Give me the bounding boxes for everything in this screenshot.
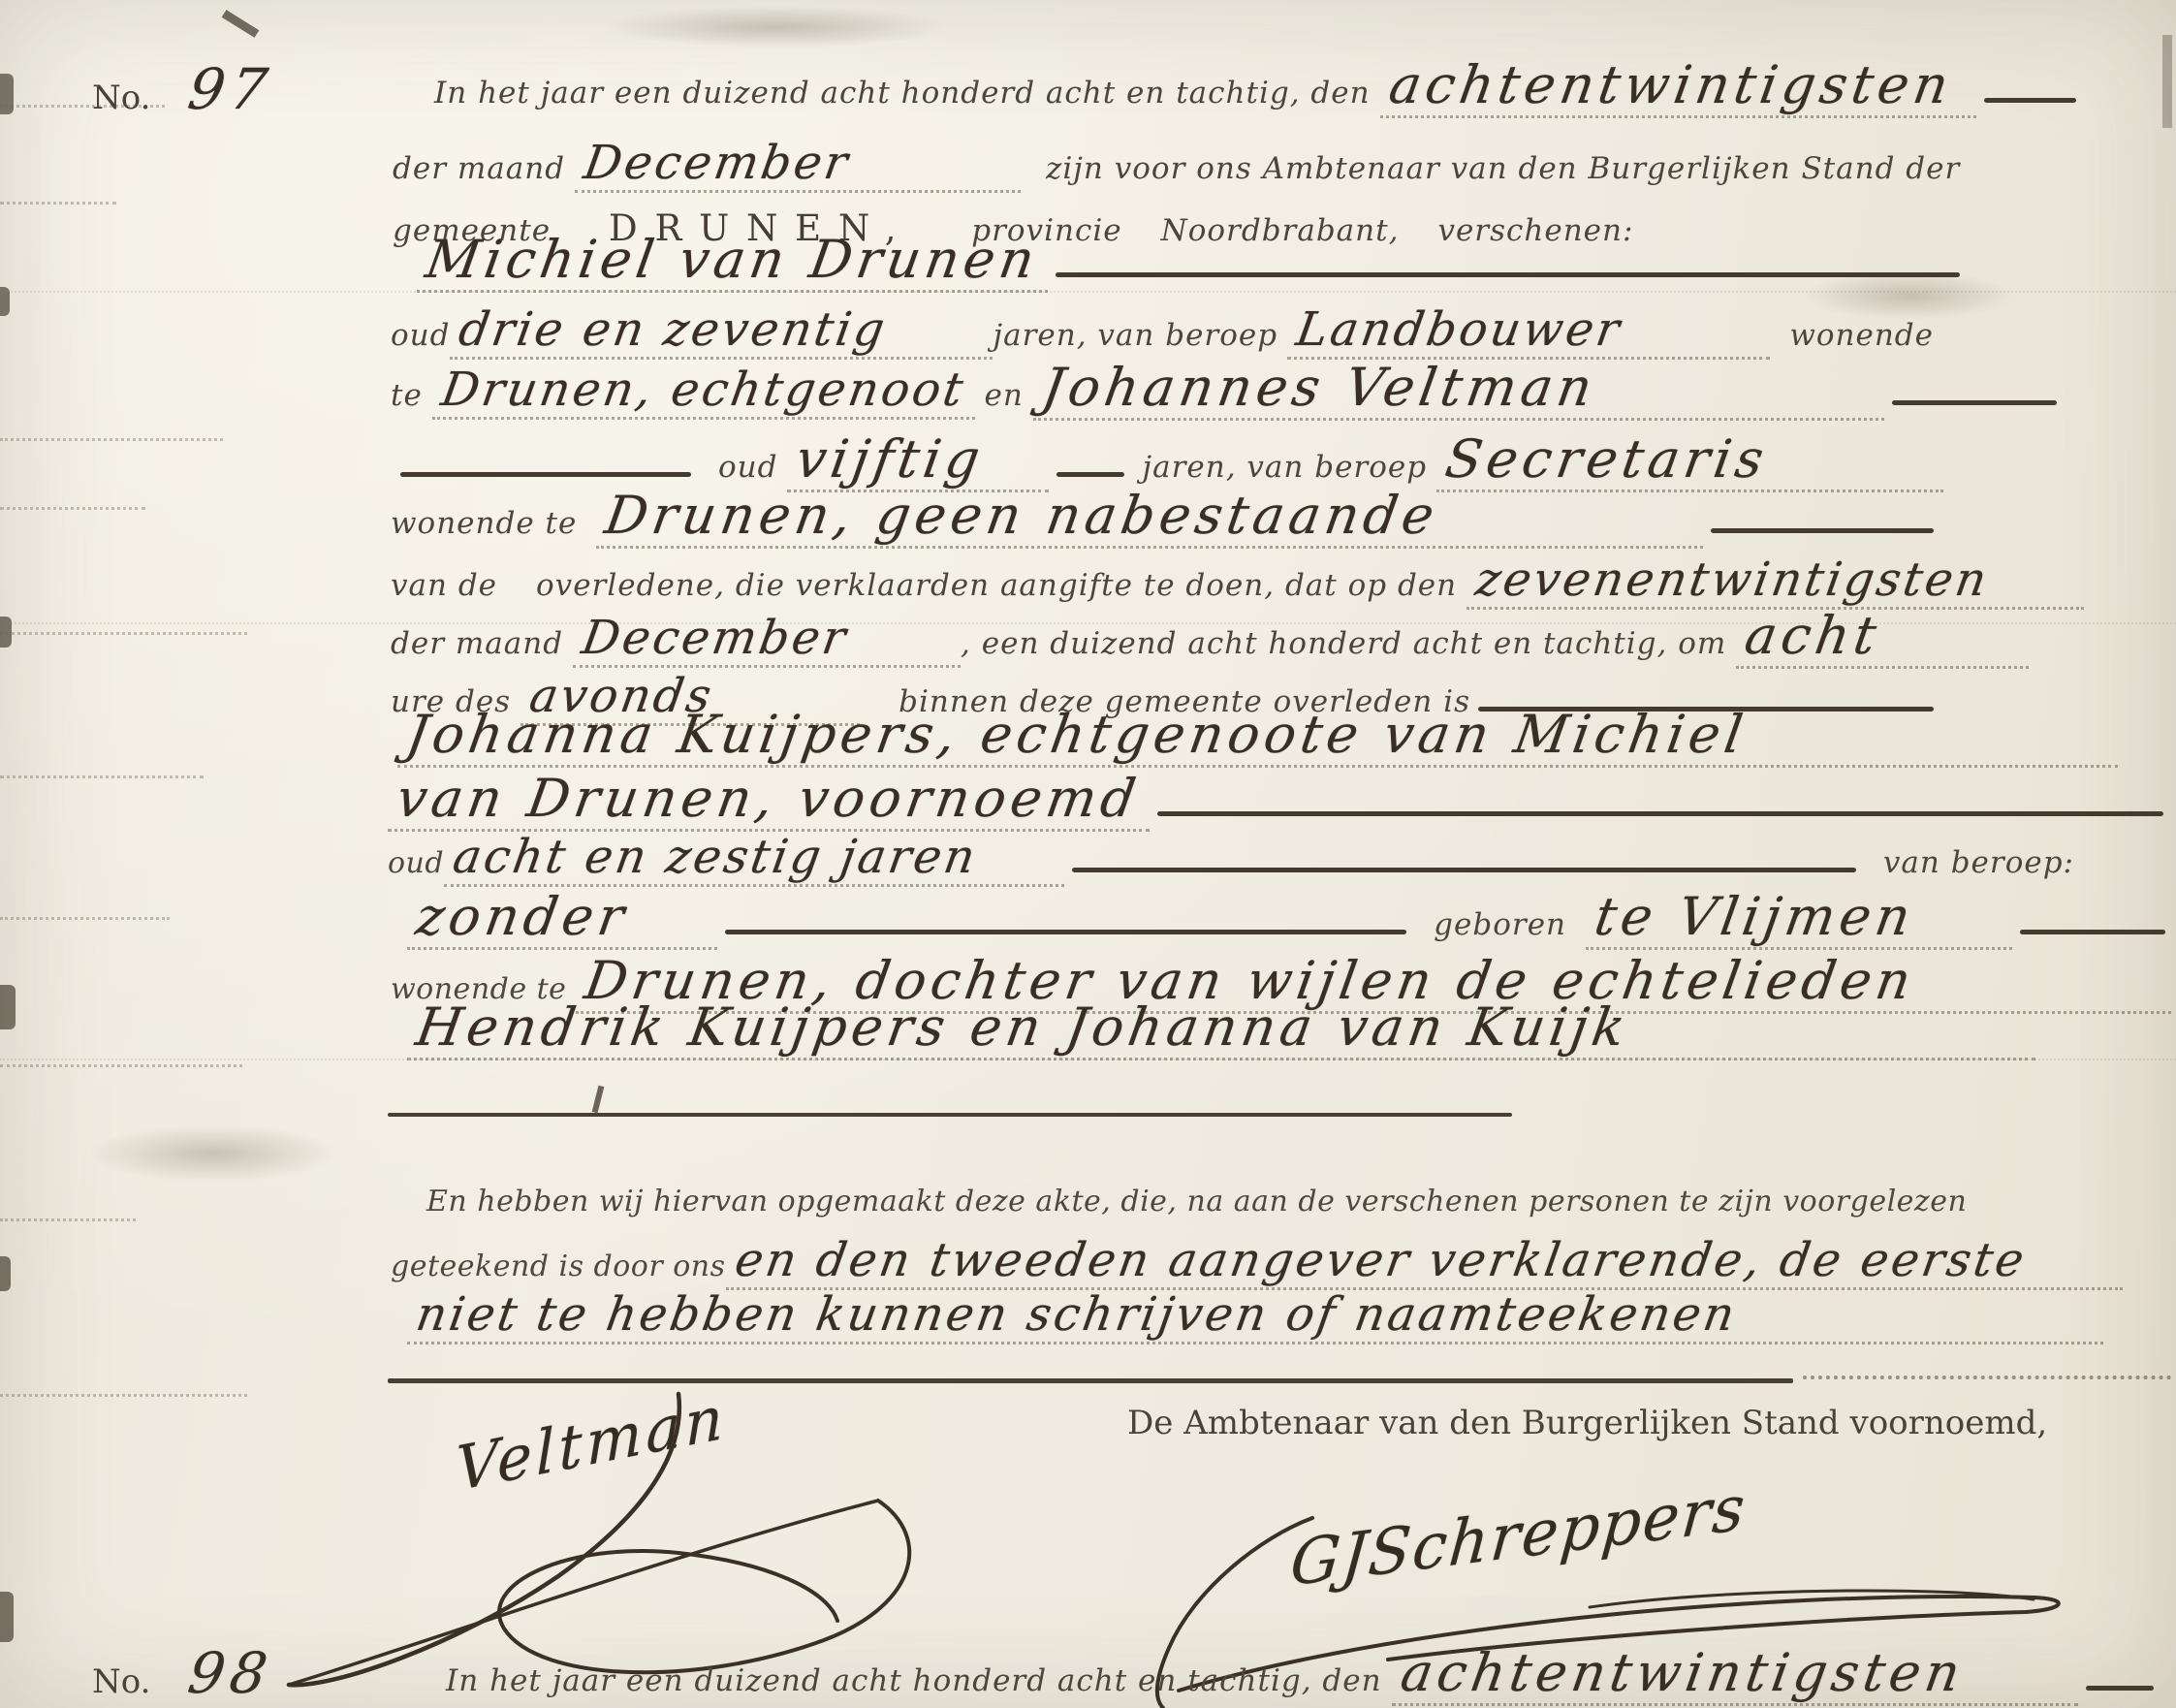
signature-rule bbox=[388, 1378, 1793, 1383]
bleed-through-line bbox=[0, 1064, 242, 1067]
bleed-through-line bbox=[0, 438, 223, 441]
deceased-name-line-1: Johanna Kuijpers, echtgenoote van Michie… bbox=[397, 704, 2118, 768]
signature-rule-dotted bbox=[1803, 1376, 2171, 1379]
deceased-name: Johanna Kuijpers, echtgenoote van Michie… bbox=[402, 704, 1751, 765]
declarant1-residence-line: te Drunen, echtgenoot en Johannes Veltma… bbox=[391, 357, 2065, 421]
deceased-profession: zonder bbox=[412, 886, 633, 947]
handwritten-death-day: zevenentwintigsten bbox=[1472, 553, 1994, 607]
printed-year-phrase: , een duizend acht honderd acht en tacht… bbox=[961, 626, 1726, 661]
declarant2-name: Johannes Veltman bbox=[1038, 357, 1601, 418]
bleed-through-line bbox=[0, 202, 116, 205]
declarant1-age: drie en zeventig bbox=[456, 302, 892, 357]
printed-signed-label: geteekend is door ons bbox=[391, 1249, 726, 1283]
deceased-parents-line: Hendrik Kuijpers en Johanna van Kuijk bbox=[407, 996, 2035, 1060]
closing-line-2: geteekend is door ons en den tweeden aan… bbox=[391, 1233, 2123, 1290]
printed-year-phrase: In het jaar een duizend acht honderd ach… bbox=[434, 76, 1371, 111]
scan-edge-mark bbox=[2162, 35, 2172, 128]
bleed-through-line bbox=[0, 775, 204, 778]
scan-edge-mark bbox=[0, 74, 14, 114]
printed-conjunction: en bbox=[985, 378, 1024, 413]
printed-age-label: oud bbox=[718, 450, 777, 485]
printed-relation-label: van de bbox=[391, 568, 497, 603]
ink-strike bbox=[2020, 930, 2165, 934]
official-signature: GJSchreppers bbox=[1287, 1471, 1749, 1600]
printed-official-title: De Ambtenaar van den Burgerlijken Stand … bbox=[1127, 1404, 2047, 1442]
ink-strike bbox=[1072, 868, 1856, 872]
printed-age-suffix: jaren, van beroep bbox=[993, 318, 1277, 353]
ink-smudge bbox=[601, 6, 950, 48]
opening-line-2: der maand December zijn voor ons Ambtena… bbox=[393, 136, 1943, 193]
declarant2-residence: Drunen, geen nabestaande bbox=[601, 485, 1443, 546]
scan-edge-mark bbox=[0, 1256, 11, 1291]
declaration-line-1: van de overledene, die verklaarden aangi… bbox=[391, 553, 2084, 610]
deceased-profession-line: zonder geboren te Vlijmen bbox=[407, 886, 2173, 950]
deceased-age: acht en zestig jaren bbox=[450, 830, 982, 884]
act-number-block: No. 97 bbox=[92, 56, 272, 122]
declarant1-age-line: oud drie en zeventig jaren, van beroep L… bbox=[391, 302, 1934, 360]
handwritten-month: December bbox=[581, 136, 855, 190]
printed-month-label: der maand bbox=[391, 626, 563, 661]
separator-rule bbox=[388, 1113, 1512, 1117]
printed-residence-label: wonende te bbox=[391, 506, 577, 541]
printed-statement-phrase: overledene, die verklaarden aangifte te … bbox=[536, 568, 1457, 603]
ink-strike bbox=[725, 930, 1406, 934]
ink-strike bbox=[1056, 272, 1960, 277]
ink-strike bbox=[2086, 1686, 2154, 1691]
printed-age-label: oud bbox=[391, 318, 450, 353]
printed-born-label: geboren bbox=[1434, 907, 1566, 942]
deceased-name-continued: van Drunen, voornoemd bbox=[393, 768, 1145, 829]
bleed-through-line bbox=[0, 917, 170, 920]
ink-strike bbox=[1984, 98, 2076, 103]
handwritten-day: achtentwintigsten bbox=[1385, 54, 1957, 115]
ink-smudge bbox=[87, 1124, 339, 1183]
declarant1-residence: Drunen, echtgenoot bbox=[437, 363, 969, 417]
bleed-through-line bbox=[0, 507, 145, 510]
act-number-label: No. bbox=[92, 1662, 150, 1701]
closing-line-3: niet te hebben kunnen schrijven of naamt… bbox=[407, 1287, 2103, 1344]
declaration-line-2: der maand December , een duizend acht ho… bbox=[391, 605, 2029, 669]
declarant2-age-line: oud vijftig jaren, van beroep Secretaris bbox=[393, 428, 1943, 492]
declarant1-profession: Landbouwer bbox=[1293, 302, 1626, 357]
handwritten-day: achtentwintigsten bbox=[1397, 1642, 1969, 1703]
declarant2-age: vijftig bbox=[792, 428, 989, 490]
deceased-age-line: oud acht en zestig jaren van beroep: bbox=[388, 830, 2074, 887]
ink-mark bbox=[222, 10, 260, 38]
bleed-through-line bbox=[0, 1218, 136, 1221]
next-act-opening-line: In het jaar een duizend acht honderd ach… bbox=[446, 1642, 2161, 1706]
ink-strike bbox=[1056, 472, 1124, 477]
printed-age-label: oud bbox=[388, 846, 444, 880]
opening-line-1: In het jaar een duizend acht honderd ach… bbox=[434, 54, 2084, 118]
act-number-value: 98 bbox=[184, 1640, 278, 1706]
printed-residence-label: te bbox=[391, 378, 423, 413]
printed-age-suffix: jaren, van beroep bbox=[1142, 450, 1427, 485]
bleed-through-line bbox=[0, 1394, 247, 1397]
printed-year-phrase: In het jaar een duizend acht honderd ach… bbox=[446, 1663, 1382, 1698]
ink-mark bbox=[592, 1086, 605, 1114]
handwritten-death-month: December bbox=[579, 611, 853, 665]
deceased-name-line-2: van Drunen, voornoemd bbox=[388, 768, 2171, 832]
printed-residence-prefix: wonende bbox=[1789, 318, 1934, 353]
ink-strike bbox=[1892, 400, 2057, 405]
deceased-birthplace: te Vlijmen bbox=[1591, 886, 1919, 947]
bleed-through-line bbox=[0, 632, 247, 635]
declarant1-name: Michiel van Drunen bbox=[422, 229, 1043, 290]
scan-edge-mark bbox=[0, 1592, 14, 1642]
ink-strike bbox=[400, 472, 691, 477]
ink-strike bbox=[1711, 528, 1934, 533]
printed-registrar-phrase: zijn voor ons Ambtenaar van den Burgerli… bbox=[1046, 151, 1960, 186]
closing-line-1: En hebben wij hiervan opgemaakt deze akt… bbox=[426, 1185, 1967, 1218]
ink-strike bbox=[1157, 811, 2163, 816]
handwritten-hour: acht bbox=[1741, 605, 1885, 666]
declarant-signature: Veltman bbox=[456, 1380, 727, 1504]
next-act-number-block: No. 98 bbox=[92, 1640, 272, 1706]
declarant2-profession: Secretaris bbox=[1441, 428, 1773, 490]
official-title-line: De Ambtenaar van den Burgerlijken Stand … bbox=[1127, 1404, 2047, 1442]
declarant1-name-line: Michiel van Drunen bbox=[417, 229, 1968, 293]
printed-closing-phrase: En hebben wij hiervan opgemaakt deze akt… bbox=[426, 1185, 1967, 1218]
declarant2-residence-line: wonende te Drunen, geen nabestaande bbox=[391, 485, 1941, 549]
handwritten-closing-note-2: niet te hebben kunnen schrijven of naamt… bbox=[413, 1287, 1742, 1342]
scan-edge-mark bbox=[0, 985, 16, 1029]
act-number-label: No. bbox=[92, 79, 150, 117]
printed-month-label: der maand bbox=[393, 151, 565, 186]
deceased-parents: Hendrik Kuijpers en Johanna van Kuijk bbox=[412, 996, 1634, 1058]
printed-profession-label: van beroep: bbox=[1883, 845, 2074, 880]
act-number-value: 97 bbox=[184, 56, 278, 122]
handwritten-closing-note: en den tweeden aangever verklarende, de … bbox=[731, 1233, 2030, 1287]
death-record-page: No. 97 In het jaar een duizend acht hond… bbox=[0, 0, 2176, 1708]
